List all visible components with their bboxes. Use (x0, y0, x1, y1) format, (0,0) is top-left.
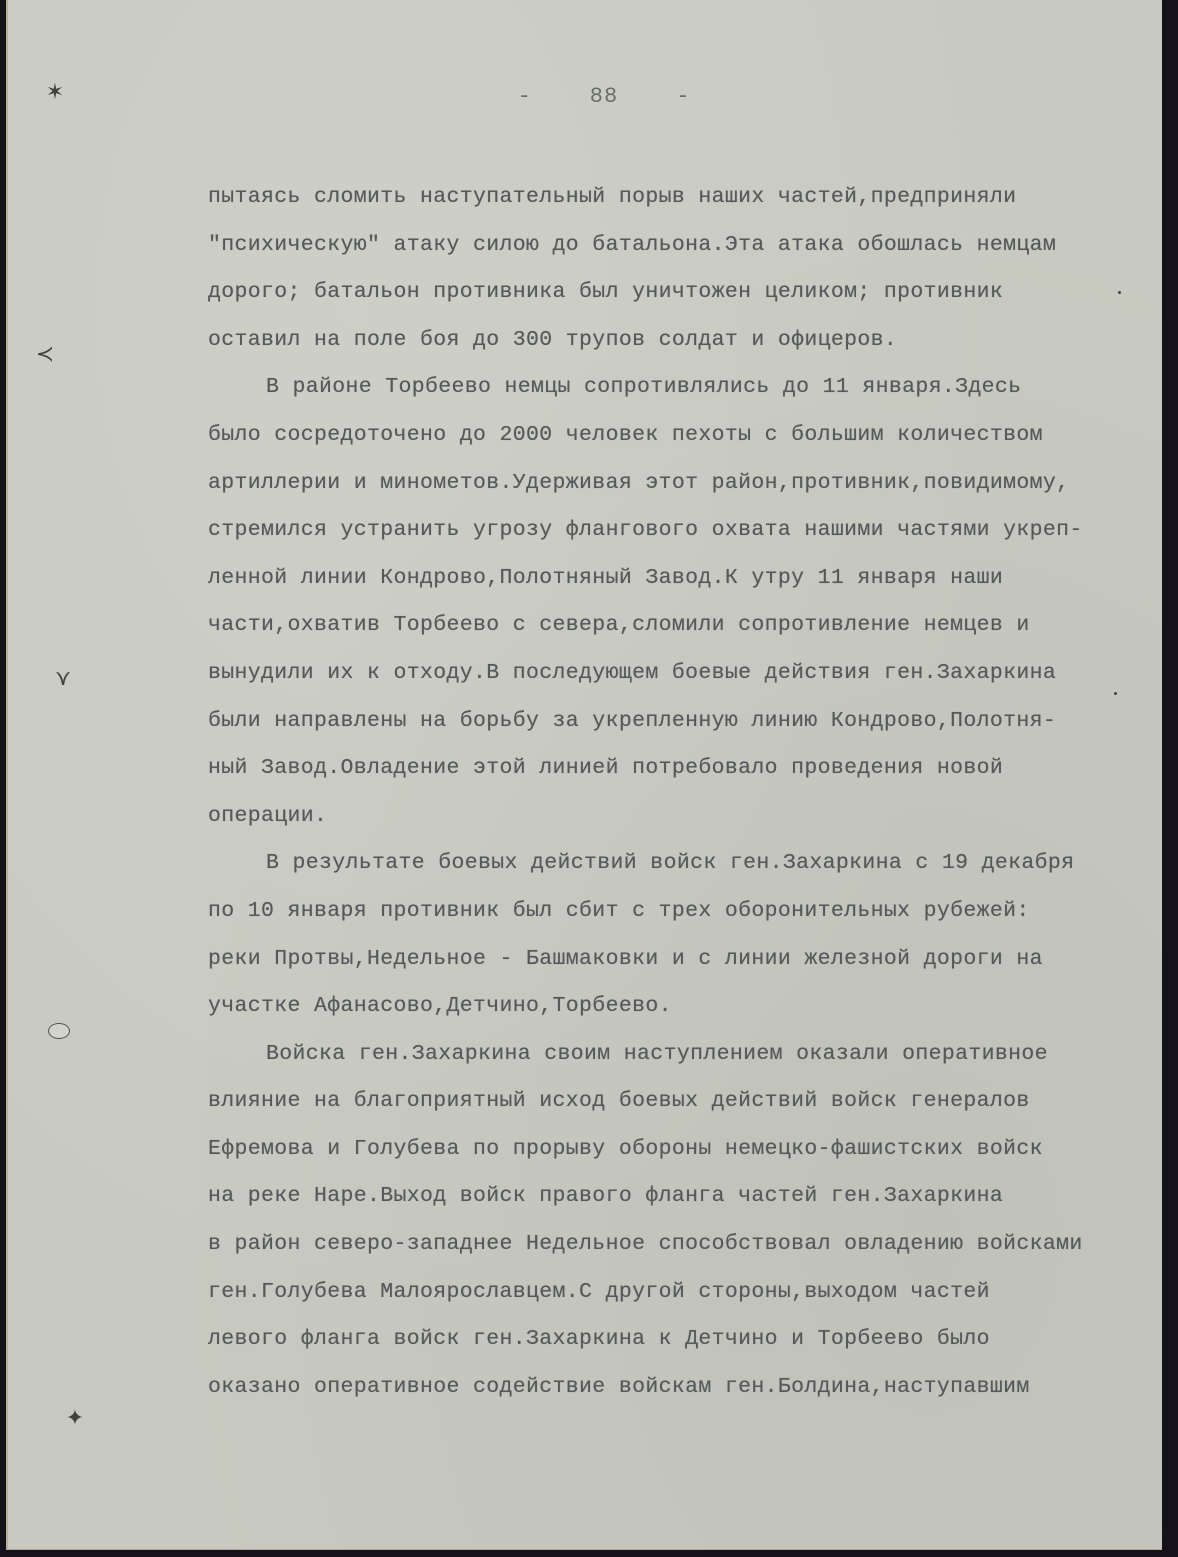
text-line: левого фланга войск ген.Захаркина к Детч… (208, 1316, 1168, 1364)
text-line: участке Афанасово,Детчино,Торбеево. (208, 983, 1168, 1031)
text-line: было сосредоточено до 2000 человек пехот… (208, 412, 1168, 460)
text-line: ленной линии Кондрово,Полотняный Завод.К… (208, 555, 1168, 603)
text-line: операции. (208, 793, 1168, 841)
text-line: на реке Наре.Выход войск правого фланга … (208, 1173, 1168, 1221)
document-page: ✶ ≺ ⋎ ✦ - 88 - пытаясь сломить наступате… (6, 0, 1162, 1550)
binding-mark-icon: ≺ (32, 342, 58, 368)
paragraph-first-line: Войска ген.Захаркина своим наступлением … (208, 1031, 1168, 1079)
text-line: были направлены на борьбу за укрепленную… (208, 698, 1168, 746)
text-line: ный Завод.Овладение этой линией потребов… (208, 745, 1168, 793)
text-line: влияние на благоприятный исход боевых де… (208, 1078, 1168, 1126)
page-number-dash-right: - (676, 84, 690, 109)
paragraph-first-line: В результате боевых действий войск ген.З… (208, 840, 1168, 888)
typewritten-body-text: пытаясь сломить наступательный порыв наш… (208, 174, 1168, 1411)
text-line: в район северо-западнее Недельное способ… (208, 1221, 1168, 1269)
text-line: ген.Голубева Малоярославцем.С другой сто… (208, 1269, 1168, 1317)
text-line: пытаясь сломить наступательный порыв наш… (208, 174, 1168, 222)
text-line: оставил на поле боя до 300 трупов солдат… (208, 317, 1168, 365)
text-line: части,охватив Торбеево с севера,сломили … (208, 602, 1168, 650)
text-line: по 10 января противник был сбит с трех о… (208, 888, 1168, 936)
text-line: артиллерии и минометов.Удерживая этот ра… (208, 460, 1168, 508)
text-line: стремился устранить угрозу флангового ох… (208, 507, 1168, 555)
paragraph-first-line: В районе Торбеево немцы сопротивлялись д… (208, 364, 1168, 412)
text-line: оказано оперативное содействие войскам г… (208, 1364, 1168, 1412)
text-line: вынудили их к отходу.В последующем боевы… (208, 650, 1168, 698)
page-number: - 88 - (6, 84, 1162, 109)
text-line: Ефремова и Голубева по прорыву обороны н… (208, 1126, 1168, 1174)
text-line: "психическую" атаку силою до батальона.Э… (208, 222, 1168, 270)
binding-mark-icon: ⋎ (50, 666, 76, 692)
text-line: реки Протвы,Недельное - Башмаковки и с л… (208, 936, 1168, 984)
page-number-dash-left: - (518, 84, 532, 109)
page-number-value: 88 (590, 84, 618, 109)
binding-hole-icon (48, 1023, 70, 1039)
text-line: дорого; батальон противника был уничтоже… (208, 269, 1168, 317)
binding-mark-icon: ✦ (62, 1406, 88, 1432)
